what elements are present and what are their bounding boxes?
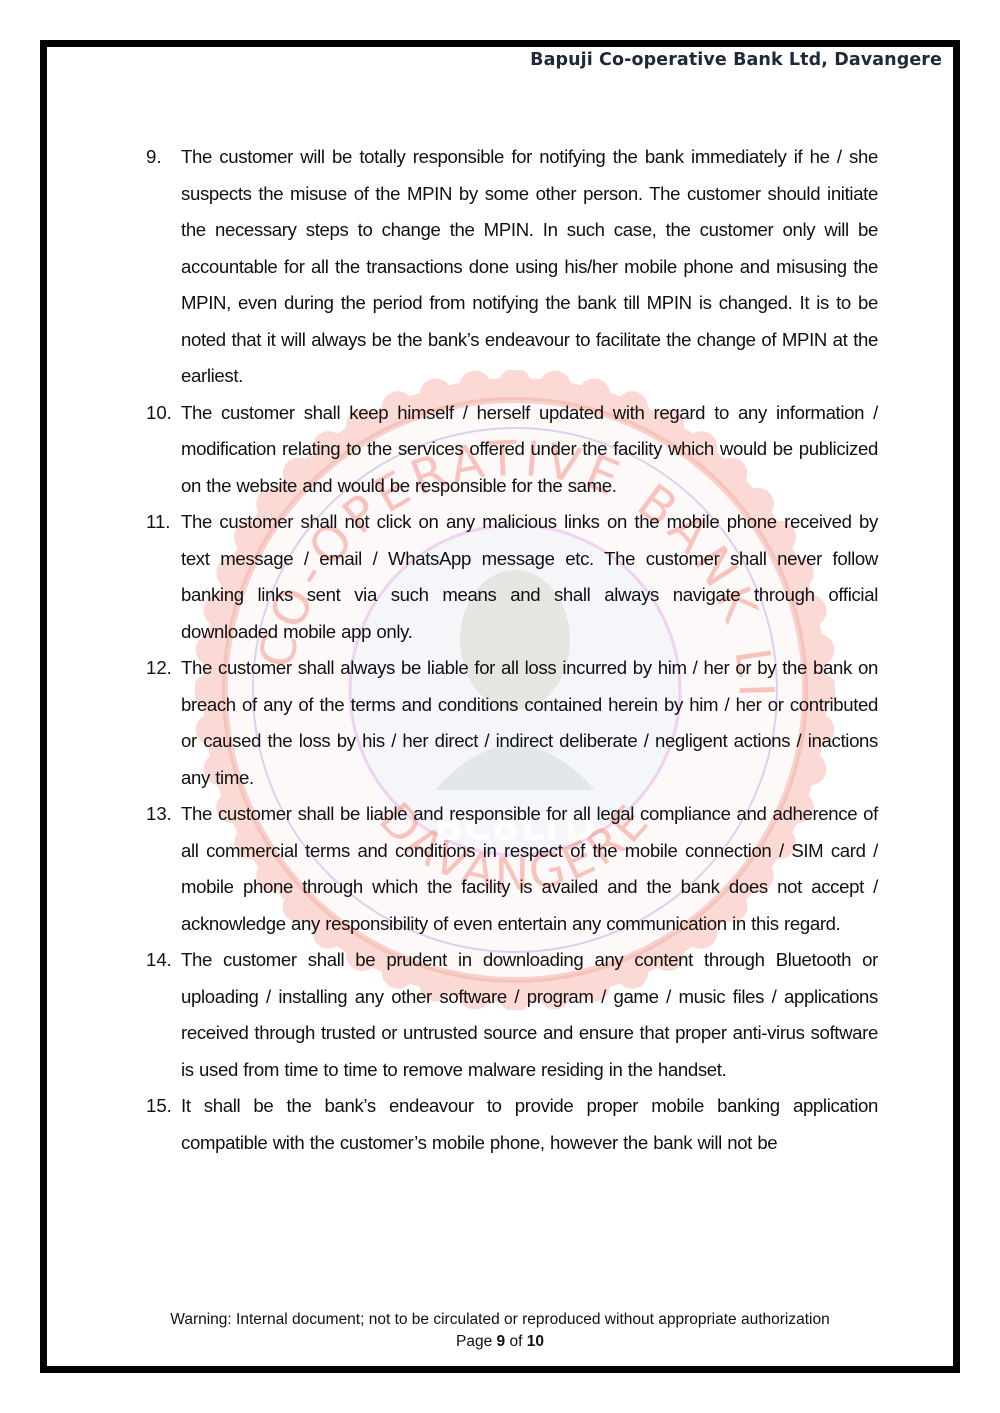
item-text: The customer will be totally responsible…: [181, 139, 878, 395]
page-label: Page: [456, 1333, 492, 1350]
item-text: The customer shall keep himself / hersel…: [181, 395, 878, 505]
item-text: The customer shall be liable and respons…: [181, 796, 878, 942]
footer-warning: Warning: Internal document; not to be ci…: [47, 1309, 953, 1331]
list-item: 13. The customer shall be liable and res…: [146, 796, 878, 942]
page-current: 9: [497, 1333, 506, 1350]
header-bank-name: Bapuji Co-operative Bank Ltd, Davangere: [530, 50, 942, 70]
list-item: 9. The customer will be totally responsi…: [146, 139, 878, 395]
item-text: The customer shall not click on any mali…: [181, 504, 878, 650]
item-number: 13.: [146, 796, 181, 942]
list-item: 14. The customer shall be prudent in dow…: [146, 942, 878, 1088]
page-total: 10: [527, 1333, 544, 1350]
page-footer: Warning: Internal document; not to be ci…: [47, 1309, 953, 1353]
page-number: Page 9 of 10: [47, 1331, 953, 1353]
item-number: 12.: [146, 650, 181, 796]
item-number: 15.: [146, 1088, 181, 1161]
item-number: 14.: [146, 942, 181, 1088]
item-number: 9.: [146, 139, 181, 395]
list-item: 12. The customer shall always be liable …: [146, 650, 878, 796]
list-item: 11. The customer shall not click on any …: [146, 504, 878, 650]
item-text: It shall be the bank’s endeavour to prov…: [181, 1088, 878, 1161]
page-of: of: [509, 1333, 522, 1350]
item-number: 10.: [146, 395, 181, 505]
list-item: 10. The customer shall keep himself / he…: [146, 395, 878, 505]
item-text: The customer shall always be liable for …: [181, 650, 878, 796]
item-text: The customer shall be prudent in downloa…: [181, 942, 878, 1088]
list-item: 15. It shall be the bank’s endeavour to …: [146, 1088, 878, 1161]
item-number: 11.: [146, 504, 181, 650]
terms-list: 9. The customer will be totally responsi…: [146, 139, 878, 1161]
